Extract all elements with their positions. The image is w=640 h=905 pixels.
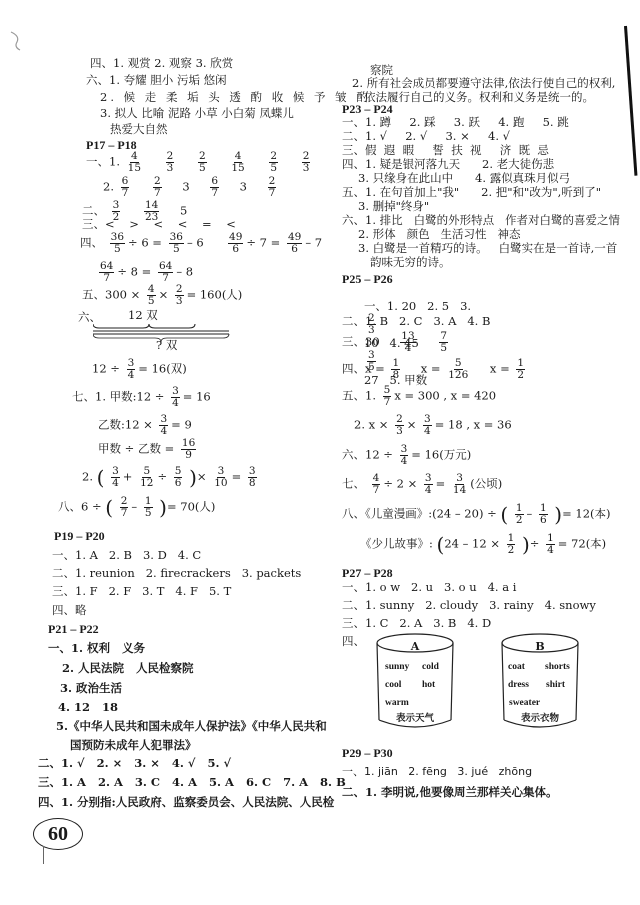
fraction: 647	[158, 261, 173, 284]
answer-line: 2. 候 走 柔 垢 头 透 酌 收 候 予 皱 酌	[100, 90, 371, 104]
answer-line: 三、假 遐 暇 誓 扶 视 济 既 忌	[342, 143, 549, 157]
item-label: 四、	[342, 634, 365, 648]
answer-line: 3. 白鹭是一首精巧的诗。 白鹭实在是一首诗,一首	[358, 241, 617, 255]
diagram-label-bottom: ? 双	[156, 338, 177, 352]
answer-line: 一、1. o w 2. u 3. o u 4. a i	[342, 580, 516, 594]
word: cool	[385, 680, 401, 690]
fraction: 365	[169, 232, 184, 255]
answer-line: 二、1. √ 2. × 3. × 4. √ 5. √	[38, 756, 231, 770]
bucket-b-clothing: B coat shorts dress shirt sweater 表示衣物	[500, 632, 580, 724]
answer-line: 热爱大自然	[110, 122, 168, 136]
binding-edge-line	[624, 26, 637, 176]
answer-line: 2. ( 34+ 512÷ 56 )× 310= 38	[82, 466, 260, 489]
bucket-label: B	[500, 640, 580, 653]
bucket-caption: 表示衣物	[500, 710, 580, 724]
fraction: 38	[248, 466, 257, 489]
page-number-decoration	[43, 846, 44, 864]
fraction: 23	[175, 284, 184, 307]
answer-line: 一、1. jiān 2. fēng 3. jué zhōng	[342, 765, 532, 779]
section-title: P27 – P28	[342, 566, 393, 580]
answer-line: 甲数 ÷ 乙数 = 169	[98, 438, 199, 461]
answer-line: 依法履行自己的义务。权利和义务是统一的。	[364, 90, 594, 104]
answer-line: 乙数:12 × 34= 9	[98, 414, 192, 437]
fraction: 512	[139, 466, 154, 489]
section-title: P23 – P24	[342, 102, 393, 116]
answer-line: 七、1. 甲数:12 ÷ 34= 16	[72, 386, 211, 409]
answer-line: 五、300 × 45× 23= 160(人)	[82, 284, 242, 307]
word: dress	[508, 680, 529, 690]
fraction: 12	[516, 358, 525, 381]
answer-line: 一、1. 蹲 2. 踩 3. 跃 4. 跑 5. 跳	[342, 115, 569, 129]
fraction: 57	[383, 385, 392, 408]
answer-line: 八、6 ÷ ( 27– 15 )= 70(人)	[58, 496, 215, 519]
answer-line: 二、1. 李明说,他要像周兰那样关心集体。	[342, 785, 558, 799]
fraction: 56	[174, 466, 183, 489]
bucket-label: A	[375, 640, 455, 653]
answer-line: 一、1. 权利 义务	[48, 641, 145, 655]
fraction: 27	[120, 496, 129, 519]
fraction: 5126	[447, 358, 469, 381]
answer-line: 2. 人民法院 人民检察院	[62, 661, 194, 675]
answer-line: 二、1. sunny 2. cloudy 3. rainy 4. snowy	[342, 598, 596, 612]
word: hot	[422, 680, 435, 690]
answer-line: 3. 拟人 比喻 泥路 小草 小白菊 凤蝶儿	[100, 106, 294, 120]
word: shorts	[545, 662, 570, 672]
answer-line: 一、1. A 2. B 3. D 4. C	[52, 548, 201, 562]
answer-line: 六、1. 排比 白鹭的外形特点 作者对白鹭的喜爱之情	[342, 213, 620, 227]
answer-line: 四、 365÷ 6 = 365– 6 496÷ 7 = 496– 7	[80, 232, 322, 255]
fraction: 310	[213, 466, 228, 489]
corner-decoration-icon	[8, 30, 24, 52]
page-number-badge: 60	[33, 818, 83, 850]
answer-line: 二、1. √ 2. √ 3. × 4. √	[342, 129, 510, 143]
answer-line: 2. x × 23× 34= 18 , x = 36	[354, 414, 512, 437]
item-label: 2.	[103, 180, 114, 194]
answer-line: 国预防未成年人犯罪法》	[70, 738, 197, 752]
fraction: 34	[424, 473, 433, 496]
item-label: 二、	[82, 204, 105, 218]
answer-line: 五、1. 57x = 300 , x = 420	[342, 385, 496, 408]
answer-line: 七、 47÷ 2 × 34= 314(公顷)	[342, 473, 502, 496]
fraction: 67	[121, 176, 130, 199]
answer-line: 六、1. 夸耀 胆小 污垢 悠闲	[86, 73, 227, 87]
answer-key-page: 四、1. 观赏 2. 观察 3. 欣赏 六、1. 夸耀 胆小 污垢 悠闲 2. …	[0, 0, 640, 905]
answer-line: 4. 12 18	[58, 700, 118, 714]
word: sunny	[385, 662, 409, 672]
answer-line: 四、略	[52, 603, 87, 617]
fraction: 16	[539, 503, 548, 526]
fraction: 23	[395, 414, 404, 437]
answer-line: 四、1. 观赏 2. 观察 3. 欣赏	[90, 56, 233, 70]
fraction: 415	[127, 151, 142, 174]
fraction: 34	[159, 414, 168, 437]
section-title: P25 – P26	[342, 272, 393, 286]
answer-line: 五、1. 在句首加上"我" 2. 把"和"改为",听到了"	[342, 185, 601, 199]
fraction: 25	[198, 151, 207, 174]
word: coat	[508, 662, 525, 672]
bucket-caption: 表示天气	[375, 710, 455, 724]
answer-line: 3. 只缘身在此山中 4. 露似真珠月似弓	[358, 171, 570, 185]
answer-line: 四、1. 分别指:人民政府、监察委员会、人民法院、人民检	[38, 795, 334, 809]
answer-line: 四、1. 疑是银河落九天 2. 老大徒伤悲	[342, 157, 554, 171]
fraction: 27	[153, 176, 162, 199]
answer-line: 5.《中华人民共和国未成年人保护法》《中华人民共和	[56, 719, 327, 733]
fraction: 47	[372, 473, 381, 496]
section-title: P19 – P20	[54, 529, 105, 543]
answer-line: 六、12 ÷ 34= 16(万元)	[342, 444, 471, 467]
answer-line: 八、《儿童漫画》:(24 – 20) ÷ ( 12– 16 )= 12(本)	[342, 503, 611, 526]
fraction: 314	[452, 473, 467, 496]
fraction: 12	[515, 503, 524, 526]
fraction: 67	[210, 176, 219, 199]
answer-line: 3. 删掉"终身"	[358, 199, 429, 213]
value: 3	[182, 180, 189, 194]
fraction: 365	[110, 232, 125, 255]
fraction: 134	[400, 331, 415, 354]
fraction: 18	[391, 358, 400, 381]
bucket-a-weather: A sunny cold cool hot warm 表示天气	[375, 632, 455, 724]
answer-line: 一、1. 415 23 25 415 25 23	[86, 151, 313, 174]
fraction: 34	[171, 386, 180, 409]
answer-line: 2. 67 27 3 67 3 27	[103, 176, 279, 199]
fraction: 169	[181, 438, 196, 461]
answer-line: 韵味无穷的诗。	[370, 255, 451, 269]
section-title: P29 – P30	[342, 746, 393, 760]
answer-line: 647÷ 8 = 647– 8	[96, 261, 193, 284]
value: 3	[240, 180, 247, 194]
item-label: 四、	[80, 236, 103, 250]
value: 5	[180, 204, 187, 218]
fraction: 34	[400, 444, 409, 467]
answer-line: 2. 所有社会成员都要遵守法律,依法行使自己的权利,	[352, 76, 615, 90]
answer-line: 《少儿故事》: (24 – 12 × 12 )÷ 14= 72(本)	[360, 533, 606, 556]
word: shirt	[546, 680, 565, 690]
fraction: 27	[268, 176, 277, 199]
answer-line: 三、30 134 75	[342, 331, 451, 354]
answer-line: 二、1. reunion 2. firecrackers 3. packets	[52, 566, 301, 580]
answer-line: 三、< > < < = <	[82, 217, 236, 231]
answer-line: 察院	[370, 63, 393, 77]
word: sweater	[509, 698, 540, 708]
fraction: 496	[228, 232, 243, 255]
fraction: 75	[439, 331, 448, 354]
fraction: 23	[166, 151, 175, 174]
word: warm	[385, 698, 409, 708]
section-title: P21 – P22	[48, 622, 99, 636]
answer-line: 三、1. F 2. F 3. T 4. F 5. T	[52, 584, 231, 598]
fraction: 15	[144, 496, 153, 519]
answer-line: 2. 形体 颜色 生活习性 神态	[358, 227, 521, 241]
fraction: 34	[111, 466, 120, 489]
fraction: 23	[302, 151, 311, 174]
fraction: 496	[287, 232, 302, 255]
answer-line: 12 ÷ 34= 16(双)	[92, 358, 187, 381]
answer-line: 四、x = 18 x = 5126 x = 12	[342, 358, 528, 381]
fraction: 25	[269, 151, 278, 174]
word: cold	[422, 662, 439, 672]
answer-line: 三、1. C 2. A 3. B 4. D	[342, 616, 491, 630]
section-title: P17 – P18	[86, 138, 137, 152]
answer-line: 3. 政治生活	[60, 681, 122, 695]
fraction: 647	[99, 261, 114, 284]
fraction: 34	[423, 414, 432, 437]
answer-line: 二、1. B 2. C 3. A 4. B	[342, 314, 490, 328]
item-label: 一、1.	[86, 155, 120, 169]
fraction: 12	[507, 533, 516, 556]
fraction: 14	[546, 533, 555, 556]
fraction: 415	[230, 151, 245, 174]
fraction: 34	[127, 358, 136, 381]
fraction: 45	[147, 284, 156, 307]
answer-line: 三、1. A 2. A 3. C 4. A 5. A 6. C 7. A 8. …	[38, 775, 346, 789]
